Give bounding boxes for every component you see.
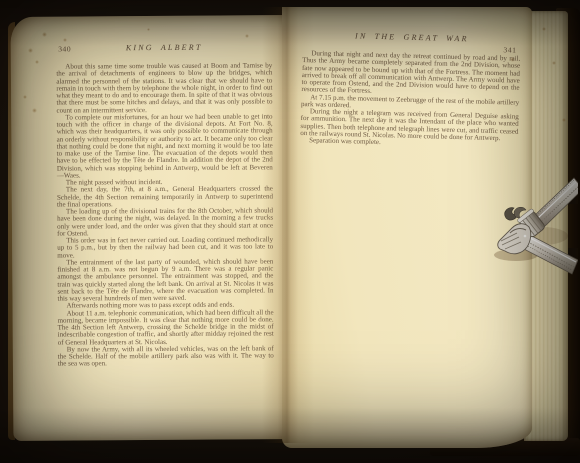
foxing-spot [28, 48, 33, 53]
right-page-content: 341 IN THE GREAT WAR During that night a… [300, 30, 521, 150]
left-page-number: 340 [58, 44, 71, 53]
paragraph: The next day, the 7th, at 8 a.m., Genera… [57, 186, 273, 209]
hand-clasp-icon [486, 148, 578, 308]
foxing-spot [32, 108, 37, 113]
paragraph: To complete our misfortunes, for an hour… [57, 113, 273, 179]
foxing-spot [147, 28, 150, 31]
photo-background: 340 KING ALBERT About this same time som… [0, 0, 580, 463]
paragraph: About 11 a.m. telephonic communication, … [58, 309, 274, 346]
paragraph: This order was in fact never carried out… [57, 236, 273, 259]
paragraph: By now the Army, with all its wheeled ve… [58, 345, 274, 368]
paragraph: The entrainment of the last party of wou… [57, 258, 273, 303]
foxing-spot [35, 60, 39, 64]
foxing-spot [562, 118, 566, 122]
left-page-header: 340 KING ALBERT [56, 42, 272, 55]
right-body-text: During that night and next day the retre… [300, 50, 520, 150]
foxing-spot [245, 34, 249, 38]
left-body-text: About this same time some trouble was ca… [56, 62, 274, 368]
paragraph: During that night and next day the retre… [301, 50, 520, 99]
paragraph: The loading up of the divisional trains … [57, 207, 273, 237]
foxing-spot [42, 32, 47, 37]
foxing-spot [23, 95, 27, 99]
foxing-spot [552, 61, 556, 65]
right-page-number: 341 [503, 45, 516, 54]
paragraph: About this same time some trouble was ca… [56, 62, 272, 114]
left-running-head: KING ALBERT [56, 42, 272, 52]
foxing-spot [63, 38, 67, 42]
foxing-spot [542, 27, 546, 31]
left-page-content: 340 KING ALBERT About this same time som… [56, 42, 274, 368]
